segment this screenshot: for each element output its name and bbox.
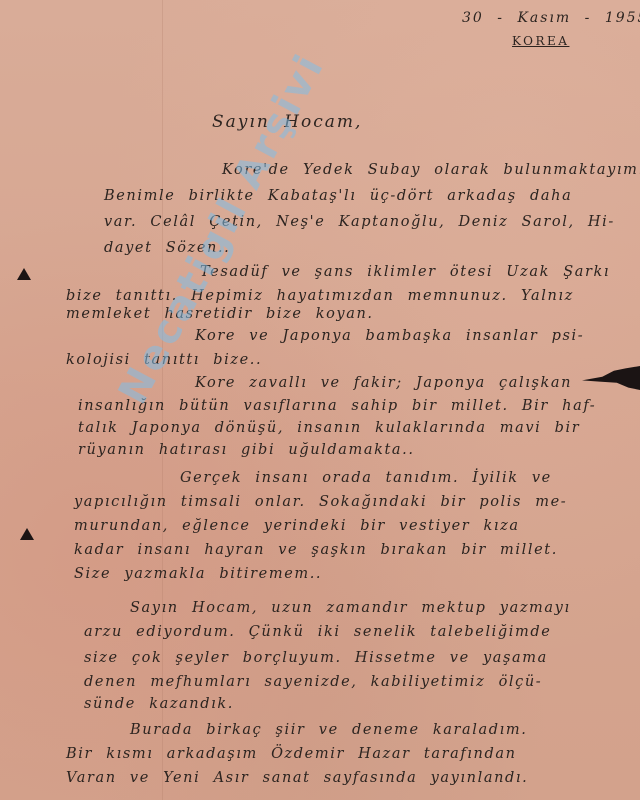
letter-place: KOREA [512,34,569,48]
letter-line: Kore zavallı ve fakir; Japonya çalışkan [195,375,572,391]
letter-line: insanlığın bütün vasıflarına sahip bir m… [78,398,596,414]
letter-line: Tesadüf ve şans iklimler ötesi Uzak Şark… [200,264,610,280]
handwritten-letter: 30 - Kasım - 1955 KOREA Sayın Hocam, Kor… [0,0,640,800]
letter-line: Bir kısmı arkadaşım Özdemir Hazar tarafı… [66,746,517,762]
letter-line: kadar insanı hayran ve şaşkın bırakan bi… [74,542,558,558]
punch-hole-bottom [20,528,34,540]
salutation: Sayın Hocam, [212,112,362,132]
letter-line: arzu ediyordum. Çünkü iki senelik talebe… [84,624,551,640]
letter-line: denen mefhumları sayenizde, kabiliyetimi… [84,674,542,690]
letter-line: Varan ve Yeni Asır sanat sayfasında yayı… [66,770,528,786]
letter-line: size çok şeyler borçluyum. Hissetme ve y… [84,650,548,666]
letter-line: Sayın Hocam, uzun zamandır mektup yazmay… [130,600,571,616]
letter-line: Kore ve Japonya bambaşka insanlar psi- [195,328,584,344]
letter-line: var. Celâl Çetin, Neş'e Kaptanoğlu, Deni… [104,214,615,230]
letter-date: 30 - Kasım - 1955 [462,10,640,26]
letter-line: Gerçek insanı orada tanıdım. İyilik ve [180,470,552,486]
letter-line: bize tanıttı. Hepimiz hayatımızdan memnu… [66,288,574,304]
letter-line: Size yazmakla bitiremem.. [74,566,322,582]
letter-line: talık Japonya dönüşü, insanın kulakların… [78,420,580,436]
letter-line: murundan, eğlence yerindeki bir vestiyer… [74,518,520,534]
letter-line: Kore'de Yedek Subay olarak bulunmaktayım… [222,162,640,178]
letter-line: dayet Sözen.. [104,240,230,256]
letter-line: memleket hasretidir bize koyan. [66,306,374,322]
letter-line: Burada birkaç şiir ve deneme karaladım. [130,722,527,738]
letter-line: kolojisi tanıttı bize.. [66,352,262,368]
letter-line: rüyanın hatırası gibi uğuldamakta.. [78,442,415,458]
letter-line: sünde kazandık. [84,696,234,712]
letter-line: yapıcılığın timsali onlar. Sokağındaki b… [74,494,567,510]
punch-hole-top [17,268,31,280]
letter-line: Benimle birlikte Kabataş'lı üç-dört arka… [104,188,572,204]
